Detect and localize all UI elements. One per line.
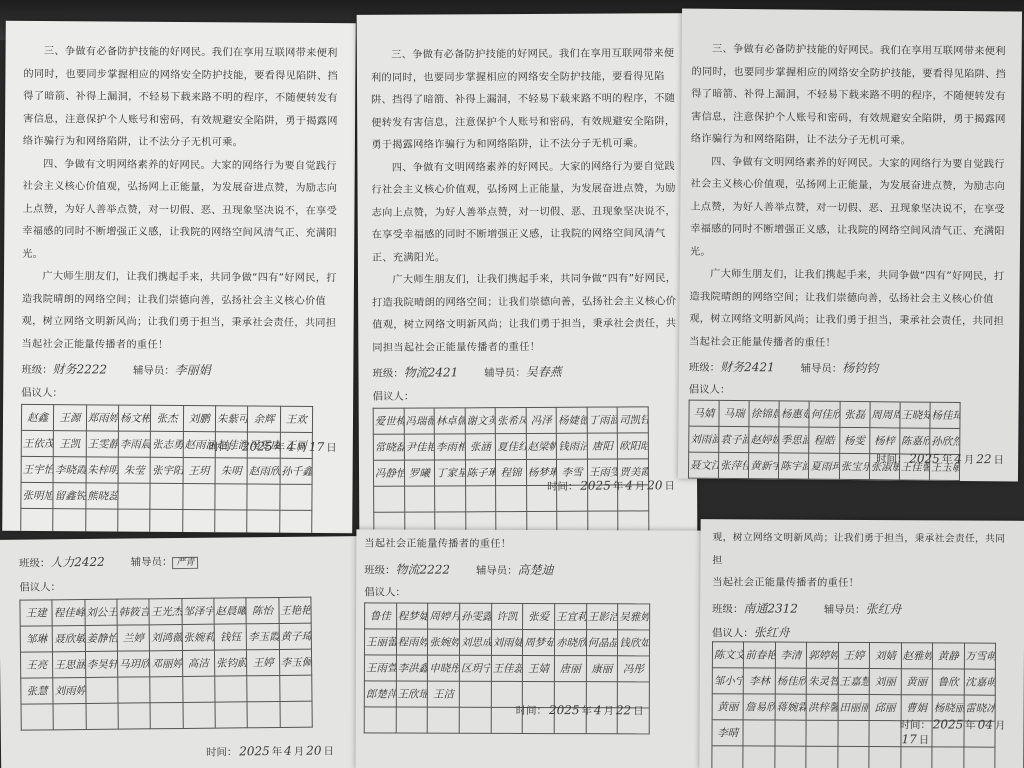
- empty-signature-cell: [118, 677, 151, 703]
- signature-cell: 黄静: [932, 642, 964, 668]
- proposal-sheet-1: 三、争做有必备防护技能的好网民。我们在享用互联网带来便利的同时，也要同步掌握相应…: [2, 21, 356, 533]
- signing-date: 时间：2025年4月20日: [206, 742, 334, 758]
- counselor-label: 辅导员：: [484, 367, 526, 379]
- month-unit: 月: [294, 746, 305, 758]
- empty-signature-cell: [712, 745, 744, 768]
- signature-cell: 赤晓欣: [554, 629, 586, 655]
- date-year: 2025: [242, 439, 273, 453]
- date-month: 4: [954, 452, 962, 466]
- proposal-sheet-2: 三、争做有必备防护技能的好网民。我们在享用互联网带来便利的同时，也要同步掌握相应…: [357, 13, 698, 540]
- closing-tail: 当起社会正能量传播者的重任！: [364, 533, 698, 557]
- day-unit: 日: [633, 705, 643, 717]
- signature-cell: 王晓知: [900, 402, 930, 428]
- signature-cell: 冯彤: [618, 655, 650, 681]
- signature-cell: 王宇怡: [21, 456, 54, 482]
- empty-signature-cell: [963, 747, 995, 768]
- class-counselor-row: 班级：物流2222 辅导员：高楚迪: [364, 556, 698, 583]
- proposer-label: 倡议人：: [712, 627, 754, 639]
- empty-signature-cell: [85, 677, 118, 703]
- signature-cell: 黄子琦: [279, 623, 312, 649]
- empty-signature-cell: [150, 676, 183, 702]
- signing-date: 时间：2025年4月22日: [516, 702, 644, 717]
- empty-signature-cell: [496, 486, 527, 512]
- signature-cell: 邹琳: [20, 626, 53, 652]
- signature-cell: 李昊轩: [85, 651, 118, 677]
- year-unit: 年: [613, 480, 623, 492]
- signature-cell: 邹泽宇: [182, 598, 215, 624]
- empty-signature-cell: [21, 704, 54, 730]
- signature-cell: 王建: [20, 600, 53, 626]
- signature-cell: 王雯静: [86, 431, 119, 457]
- signature-cell: 张明旭: [21, 482, 54, 508]
- date-day: 22: [976, 452, 991, 466]
- signature-cell: 张宝乐: [839, 453, 869, 479]
- time-label: 时间：: [516, 705, 547, 717]
- signing-date: 时间：2025年4月17日: [209, 438, 337, 454]
- empty-signature-cell: [53, 509, 86, 534]
- empty-signature-cell: [929, 480, 959, 481]
- date-month: 4: [284, 744, 292, 758]
- signature-cell: 李玉佩: [279, 649, 312, 675]
- empty-signature-cell: [428, 707, 460, 733]
- signature-cell: 张爱: [523, 603, 555, 629]
- empty-signature-cell: [150, 702, 183, 728]
- signature-cell: 林卓儒: [434, 408, 465, 434]
- day-unit: 日: [664, 480, 674, 492]
- paragraph-three: 三、争做有必备防护技能的好网民。我们在享用互联网带来便利的同时，也要同步掌握相应…: [691, 39, 1008, 154]
- signature-table: 陈文文前春艳李清郭婷婷王婷刘婧赵雅婷黄静万雪萌邹小宁李林杨佳欣朱灵智王嘉慧刘丽黄…: [711, 641, 996, 768]
- signature-cell: 聂欣敏: [53, 625, 86, 651]
- signature-cell: 高洁: [182, 650, 215, 676]
- time-label: 时间：: [209, 441, 240, 453]
- signature-cell: 朱紫可: [215, 406, 248, 432]
- empty-signature-cell: [215, 676, 248, 702]
- empty-signature-cell: [869, 746, 901, 768]
- signature-cell: 王洁: [428, 681, 460, 707]
- signature-cell: 张婉莉: [182, 624, 215, 650]
- signature-cell: 罗曦: [404, 460, 435, 486]
- signature-row: 张明旭留鑫锐熊晓蕊: [21, 482, 312, 510]
- day-unit: 日: [919, 734, 929, 746]
- date-month: 4: [625, 478, 633, 492]
- signature-cell: 王亮: [20, 652, 53, 678]
- empty-signature-cell: [839, 479, 869, 481]
- signature-row: 赵鑫王源郑雨婷杨文彬张杰刘鹏朱紫可余辉王欢: [21, 404, 312, 432]
- signature-cell: 邹小宁: [712, 667, 744, 693]
- empty-signature-cell: [775, 746, 807, 768]
- signature-cell: 黄新宇: [749, 453, 779, 479]
- date-year: 2025: [580, 479, 611, 493]
- year-unit: 年: [942, 454, 952, 466]
- signature-cell: 郎楚萍: [364, 680, 396, 706]
- signature-cell: 黄丽: [712, 693, 744, 719]
- signature-cell: 王欣瑶: [396, 681, 428, 707]
- closing-tail: 当起社会正能量传播者的重任！: [712, 572, 1012, 596]
- proposer-label: 倡议人：: [21, 382, 339, 406]
- signature-cell: 王依茂: [21, 430, 54, 456]
- signature-cell: 程雨婷: [396, 629, 428, 655]
- empty-signature-cell: [150, 509, 183, 533]
- signature-cell: 钱雨洁: [557, 433, 588, 459]
- signature-row: 陈文文前春艳李清郭婷婷王婷刘婧赵雅婷黄静万雪萌: [712, 641, 995, 668]
- empty-signature-cell: [869, 480, 899, 482]
- empty-signature-cell: [182, 510, 215, 534]
- signing-date: 时间：2025年04月17日: [899, 716, 1023, 747]
- signature-cell: 朱莹: [118, 457, 151, 483]
- month-unit: 月: [604, 705, 614, 717]
- signature-cell: 张婉婷: [428, 629, 460, 655]
- signature-cell: 康丽: [586, 655, 618, 681]
- signature-cell: 马婧: [689, 400, 719, 426]
- signature-cell: 王欢: [280, 406, 313, 432]
- date-day: 22: [616, 703, 631, 717]
- signature-row: 马婧马瑞徐锦晨杨惠茹何佳欣张磊周周周王晓知杨佳琦: [689, 400, 960, 428]
- signature-cell: 王艳艳: [279, 597, 312, 623]
- signature-cell: 冯瑞薇: [404, 408, 435, 434]
- empty-signature-cell: [53, 703, 86, 729]
- signature-cell: 王婷: [838, 642, 870, 668]
- signature-cell: 刘婧: [870, 642, 902, 668]
- signature-row: 邹小宁李林杨佳欣朱灵智王嘉慧刘丽黄丽鲁欣沈嘉萌: [712, 667, 995, 694]
- empty-signature-cell: [838, 746, 870, 768]
- counselor-name: 杨钧钧: [842, 361, 878, 375]
- signature-cell: 朱梓明: [86, 457, 119, 483]
- time-label: 时间：: [206, 746, 237, 758]
- signature-cell: 李晴: [712, 719, 744, 745]
- signature-cell: 王丽蕾: [364, 628, 396, 654]
- signature-cell: 曾佳婷: [748, 479, 778, 482]
- signature-cell: 王影洁: [586, 603, 618, 629]
- signature-cell: 王凯: [54, 431, 87, 457]
- signature-cell: 李雨相: [434, 434, 465, 460]
- signature-cell: 陈宇涵: [779, 453, 809, 479]
- signature-cell: 刘雨婷: [53, 677, 86, 703]
- year-unit: 年: [272, 746, 283, 758]
- signature-cell: 孙雯露: [460, 603, 492, 629]
- signature-cell: 陈文文: [712, 641, 744, 667]
- signature-cell: 赵雅婷: [901, 642, 933, 668]
- empty-signature-cell: [215, 702, 248, 728]
- signature-cell: 何佳欣: [809, 401, 839, 427]
- empty-signature-cell: [374, 486, 405, 512]
- signature-cell: 季思涵: [779, 427, 809, 453]
- signature-cell: 周周周: [870, 402, 900, 428]
- signature-cell: 鲁欣: [932, 668, 964, 694]
- signature-cell: 司凯钰: [618, 407, 649, 433]
- class-name: 财务2421: [720, 360, 775, 374]
- signature-row: 邹琳聂欣敏姜静怡兰婷刘鸿薇张婉莉钱钰李玉霞黄子琦: [20, 623, 311, 652]
- signature-cell: 赵晨曦: [214, 598, 247, 624]
- empty-signature-cell: [279, 484, 312, 510]
- date-day: 20: [647, 478, 662, 492]
- signature-row: 王雨萱李洪鑫申晓彤区玥宁王佳蕊王婧唐丽康丽冯彤: [364, 654, 649, 681]
- signature-cell: 冯静怡: [373, 460, 404, 486]
- signature-cell: 孙千鑫: [280, 458, 313, 484]
- signature-row: 张慧刘雨婷: [21, 675, 312, 704]
- signature-cell: 张钧蔚: [214, 650, 247, 676]
- signature-cell: 周婷月: [428, 603, 460, 629]
- signature-cell: 姜静怡: [85, 625, 118, 651]
- counselor-label: 辅导员：: [801, 363, 843, 375]
- class-label: 班级：: [712, 603, 743, 615]
- empty-signature-cell: [809, 479, 839, 481]
- signature-cell: 留鑫锐: [53, 483, 86, 509]
- signature-cell: 张磊: [839, 401, 869, 427]
- signature-cell: 张希凤: [495, 408, 526, 434]
- signature-cell: 郭婷婷: [807, 642, 839, 668]
- signature-table: 赵鑫王源郑雨婷杨文彬张杰刘鹏朱紫可余辉王欢王依茂王凯王雯静李雨晨张志勇赵雨涵赵佳…: [20, 404, 313, 533]
- signature-cell: 王源: [54, 405, 87, 431]
- empty-signature-cell: [899, 480, 929, 482]
- signature-row: 王宇怡李晓霞朱梓明朱莹张宇阳王玥朱明赵雨欣孙千鑫: [21, 456, 312, 484]
- class-name: 人力2422: [50, 555, 105, 570]
- date-month: 04: [978, 718, 993, 732]
- paragraph-four: 四、争做有文明网络素养的好网民。大家的网络行为要自觉践行社会主义核心价值观，弘扬…: [371, 156, 682, 270]
- day-unit: 日: [323, 745, 334, 757]
- signature-cell: 邓丽婷: [150, 650, 183, 676]
- empty-signature-cell: [21, 508, 54, 533]
- empty-signature-cell: [932, 746, 964, 768]
- signature-cell: 杨文彬: [118, 405, 151, 431]
- signature-cell: 刘雨涵: [689, 426, 719, 452]
- day-unit: 日: [993, 454, 1003, 466]
- signature-cell: 万雪萌: [964, 643, 996, 669]
- signature-cell: 张志勇: [151, 431, 184, 457]
- time-label: 时间：: [547, 481, 578, 493]
- counselor-label: 辅导员：: [824, 603, 866, 615]
- class-counselor-row: 班级：财务2222 辅导员：李丽娟: [21, 356, 339, 384]
- empty-signature-cell: [435, 486, 466, 512]
- signature-cell: 洪梓馨: [806, 694, 838, 720]
- signature-cell: 杨婕德: [556, 407, 587, 433]
- signature-cell: 邱丽: [869, 694, 901, 720]
- paragraph-four: 四、争做有文明网络素养的好网民。大家的网络行为要自觉践行社会主义核心价值观，弘扬…: [22, 153, 341, 268]
- signature-cell: 熊晓蕊: [86, 483, 119, 509]
- signature-cell: 余辉: [248, 406, 281, 432]
- signature-cell: 刘思成: [459, 629, 491, 655]
- signature-cell: 王玥: [183, 458, 216, 484]
- class-label: 班级：: [372, 368, 403, 380]
- signature-cell: 吴雅婷: [618, 603, 650, 629]
- empty-signature-cell: [85, 509, 118, 533]
- paragraph-four: 四、争做有文明网络素养的好网民。大家的网络行为要自觉践行社会主义核心价值观，弘扬…: [690, 151, 1007, 266]
- empty-signature-cell: [900, 746, 932, 768]
- class-counselor-row: 班级：财务2421 辅导员：杨钧钧: [689, 354, 1005, 383]
- signature-cell: 王嘉慧: [838, 668, 870, 694]
- signature-cell: 程皓: [809, 427, 839, 453]
- signature-cell: 唐阳: [587, 433, 618, 459]
- date-month: 4: [287, 440, 295, 454]
- signature-cell: 刘雨婕: [491, 629, 523, 655]
- signature-row: 王亮王思涵李昊轩马玥欣邓丽婷高洁张钧蔚王婷李玉佩: [20, 649, 311, 678]
- signature-cell: 周梦茹: [523, 629, 555, 655]
- empty-signature-cell: [215, 510, 248, 533]
- signature-cell: 程梦婕: [396, 603, 428, 629]
- signature-cell: 程佳峰: [52, 599, 85, 625]
- day-unit: 日: [326, 442, 336, 454]
- time-label: 时间：: [876, 453, 907, 465]
- date-day: 17: [901, 732, 916, 746]
- signature-cell: 张杰: [151, 405, 184, 431]
- counselor-name: 张红舟: [865, 602, 901, 616]
- empty-signature-cell: [247, 510, 280, 533]
- signature-row: 王丽蕾程雨婷张婉婷刘思成刘雨婕周梦茹赤晓欣何晶晶钱欣如: [364, 628, 649, 655]
- counselor-name: 吴春燕: [526, 365, 562, 379]
- signature-cell: 王宜莉: [555, 603, 587, 629]
- year-unit: 年: [581, 705, 591, 717]
- empty-signature-cell: [118, 509, 151, 533]
- proposer-label: 倡议人：: [689, 380, 1005, 403]
- signature-cell: 程锦: [496, 460, 527, 486]
- signature-row: [21, 701, 312, 730]
- signature-cell: 鲁佳: [365, 602, 397, 628]
- empty-signature-cell: [279, 675, 312, 701]
- empty-signature-cell: [364, 706, 396, 732]
- signature-cell: 李晓霞: [53, 457, 86, 483]
- class-label: 班级：: [364, 564, 395, 576]
- month-unit: 月: [964, 454, 974, 466]
- signature-cell: 前春艳: [744, 641, 776, 667]
- signature-cell: 张萍佳: [719, 452, 749, 478]
- signature-cell: 陈怡: [246, 597, 279, 623]
- signature-cell: 詹易欣: [744, 693, 776, 719]
- proposer-lead: 张红舟: [754, 625, 790, 639]
- signature-cell: 王光杰: [149, 598, 182, 624]
- empty-signature-cell: [743, 719, 775, 745]
- date-year: 2025: [909, 452, 940, 466]
- empty-signature-cell: [396, 707, 428, 733]
- signature-cell: 李清: [775, 642, 807, 668]
- signature-cell: 张宇阳: [150, 457, 183, 483]
- proposal-sheet-4: 班级：人力2422 辅导员：严青 倡议人： 王建程佳峰刘公王韩筱言王光杰邹泽宇赵…: [0, 536, 361, 768]
- signature-cell: 杨佳欣: [775, 668, 807, 694]
- signature-cell: 黄丽: [901, 668, 933, 694]
- signature-cell: 区玥宁: [459, 655, 491, 681]
- empty-signature-cell: [118, 483, 151, 509]
- year-unit: 年: [274, 442, 284, 454]
- signature-cell: 张慧: [21, 678, 54, 704]
- empty-signature-cell: [869, 720, 901, 746]
- signature-cell: 王婷: [247, 649, 280, 675]
- paragraph-three: 三、争做有必备防护技能的好网民。我们在享用互联网带来便利的同时，也要同步掌握相应…: [371, 43, 682, 157]
- empty-signature-cell: [775, 720, 807, 746]
- empty-signature-cell: [183, 702, 216, 728]
- signature-cell: 爱世梅: [373, 408, 404, 434]
- signature-cell: 沈嘉萌: [964, 669, 996, 695]
- signature-cell: 申晓彤: [428, 655, 460, 681]
- signature-cell: 欧阳晗: [618, 433, 649, 459]
- empty-signature-cell: [806, 720, 838, 746]
- empty-signature-cell: [280, 701, 313, 727]
- signature-cell: 赵鑫: [21, 404, 54, 430]
- class-label: 班级：: [19, 557, 50, 569]
- signature-row: 常晓磊尹佳艳李雨相张涵夏佳红赵梁帆钱雨洁唐阳欧阳晗: [373, 433, 648, 460]
- empty-signature-cell: [118, 703, 151, 729]
- signature-cell: 刘鹏: [183, 406, 216, 432]
- signing-date: 时间：2025年4月20日: [547, 477, 675, 493]
- month-unit: 月: [995, 720, 1005, 732]
- proposal-sheet-5: 当起社会正能量传播者的重任！ 班级：物流2222 辅导员：高楚迪 倡议人： 鲁佳…: [356, 529, 713, 768]
- year-unit: 年: [965, 720, 975, 732]
- empty-signature-cell: [779, 479, 809, 482]
- signature-cell: 赵梁帆: [526, 433, 557, 459]
- signature-cell: 丁家星: [435, 460, 466, 486]
- signature-cell: 郑雨婷: [86, 405, 119, 431]
- signature-cell: 刘鸿薇: [150, 624, 183, 650]
- signature-cell: 何晶晶: [586, 629, 618, 655]
- empty-signature-cell: [247, 701, 280, 727]
- class-label: 班级：: [21, 364, 52, 376]
- empty-signature-cell: [838, 720, 870, 746]
- counselor-name: 李丽娟: [175, 363, 211, 377]
- signature-cell: 李玉霞: [246, 623, 279, 649]
- signature-cell: 唐丽: [554, 655, 586, 681]
- empty-signature-cell: [182, 676, 215, 702]
- signing-date: 时间：2025年4月22日: [876, 450, 1004, 466]
- signature-cell: 许凯: [491, 603, 523, 629]
- signature-cell: 袁子涵: [719, 426, 749, 452]
- empty-signature-cell: [215, 484, 248, 510]
- signature-table: 爱世梅冯瑞薇林卓儒谢文英张希凤冯泽杨婕德丁雨涵司凯钰常晓磊尹佳艳李雨相张涵夏佳红…: [373, 406, 650, 538]
- empty-signature-cell: [459, 681, 491, 707]
- proposal-sheet-6: 观，树立网络文明新风尚；让我们勇于担当，秉承社会责任，共同担 当起社会正能量传播…: [699, 519, 1024, 768]
- signature-cell: 兰婷: [117, 625, 150, 651]
- signature-cell: 常晓磊: [373, 434, 404, 460]
- empty-signature-cell: [183, 484, 216, 510]
- proposer-row: 倡议人：张红舟: [712, 621, 1012, 643]
- signature-cell: 崔燕: [718, 478, 748, 481]
- signature-cell: 朱明: [215, 458, 248, 484]
- date-day: 20: [306, 744, 321, 758]
- signature-cell: 陈子琳: [465, 460, 496, 486]
- signature-cell: 尹佳艳: [404, 434, 435, 460]
- signature-cell: 杨惠茹: [779, 401, 809, 427]
- signature-cell: 杨雯: [839, 427, 869, 453]
- empty-signature-cell: [247, 484, 280, 510]
- signature-cell: 徐锦晨: [749, 401, 779, 427]
- proposer-label: 倡议人：: [373, 384, 683, 408]
- month-unit: 月: [297, 442, 307, 454]
- empty-signature-cell: [150, 483, 183, 509]
- class-name: 物流2222: [395, 562, 450, 576]
- empty-signature-cell: [465, 486, 496, 512]
- class-name: 南通2312: [743, 601, 798, 615]
- signature-cell: 蒋婉霖: [775, 694, 807, 720]
- signature-row: 爱世梅冯瑞薇林卓儒谢文英张希凤冯泽杨婕德丁雨涵司凯钰: [373, 407, 648, 434]
- empty-signature-cell: [743, 745, 775, 768]
- counselor-label: 辅导员：: [131, 556, 173, 568]
- class-counselor-row: 班级：物流2421 辅导员：吴春燕: [372, 358, 682, 386]
- signature-cell: 王佳蕊: [491, 655, 523, 681]
- proposer-label: 倡议人：: [19, 572, 345, 599]
- closing-partial: 观，树立网络文明新风尚；让我们勇于担当，秉承社会责任，共同担: [712, 527, 1012, 574]
- counselor-label: 辅导员：: [476, 564, 518, 576]
- signature-cell: 冯泽: [526, 407, 557, 433]
- signature-cell: 赵雨欣: [247, 458, 280, 484]
- date-year: 2025: [549, 703, 580, 717]
- signature-cell: 刘公王: [85, 599, 118, 625]
- empty-signature-cell: [279, 510, 312, 533]
- signature-cell: 赵婷媛: [749, 427, 779, 453]
- signature-row: [712, 745, 995, 768]
- class-label: 班级：: [689, 362, 720, 374]
- class-name: 物流2421: [404, 365, 459, 379]
- signature-cell: 马瑞: [719, 400, 749, 426]
- signature-cell: 钱欣如: [618, 629, 650, 655]
- signature-cell: 王思涵: [53, 651, 86, 677]
- signature-cell: 马玥欣: [117, 651, 150, 677]
- closing-paragraph: 广大师生朋友们，让我们携起手来，共同争做“四有”好网民，打造我院晴朗的网络空间；…: [372, 268, 682, 360]
